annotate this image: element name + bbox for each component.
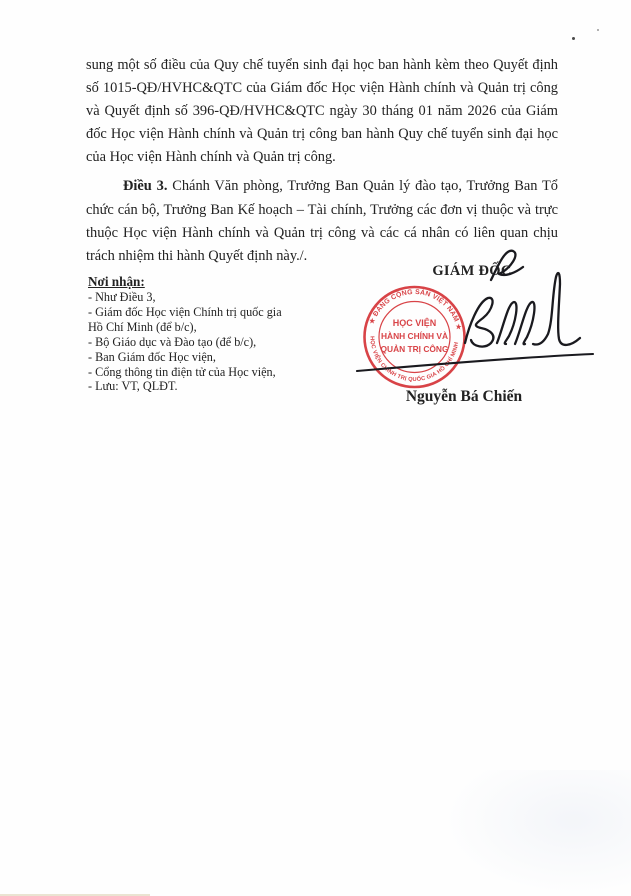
recipient-item: - Lưu: VT, QLĐT. (88, 379, 348, 394)
document-page: sung một số điều của Quy chế tuyển sinh … (0, 0, 631, 896)
recipients-block: Nơi nhận: - Như Điều 3, - Giám đốc Học v… (88, 274, 348, 394)
signature-tail (533, 273, 580, 345)
recipient-item: - Bộ Giáo dục và Đào tạo (để b/c), (88, 335, 348, 350)
scan-smudge (441, 770, 631, 896)
paragraph-continuation: sung một số điều của Quy chế tuyển sinh … (86, 54, 558, 169)
body-line: Điều 3. Chánh Văn phòng, Trưởng Ban Quản… (86, 175, 558, 198)
article-3-label: Điều 3. (123, 178, 167, 194)
signatory-name: Nguyễn Bá Chiến (398, 388, 530, 406)
scan-speck (597, 29, 599, 31)
article-3-text: Chánh Văn phòng, Trưởng Ban Quản lý đào … (167, 178, 558, 194)
signature-underline (357, 354, 593, 371)
signature-flourish (491, 251, 523, 280)
scan-speck (572, 37, 575, 40)
recipient-item: - Như Điều 3, (88, 290, 348, 305)
recipient-item: - Ban Giám đốc Học viện, (88, 350, 348, 365)
recipient-item: - Giám đốc Học viện Chính trị quốc gia (88, 305, 348, 320)
body-line: và Quyết định số 396-QĐ/HVHC&QTC ngày 30… (86, 100, 558, 123)
handwritten-signature-ink (345, 240, 610, 385)
recipients-title: Nơi nhận: (88, 274, 348, 290)
body-line: của Học viện Hành chính và Quản trị công… (86, 146, 558, 169)
document-body: sung một số điều của Quy chế tuyển sinh … (86, 54, 558, 268)
recipient-item: - Cổng thông tin điện tử của Học viện, (88, 365, 348, 380)
body-line: số 1015-QĐ/HVHC&QTC của Giám đốc Học việ… (86, 77, 558, 100)
signature-loop-2 (515, 302, 534, 344)
signature-loop-1 (497, 302, 516, 344)
recipient-item: Hồ Chí Minh (để b/c), (88, 320, 348, 335)
body-line: chức cán bộ, Trưởng Ban Kế hoạch – Tài c… (86, 199, 558, 222)
signature-initial (465, 298, 493, 347)
body-line: đốc Học viện Hành chính và Quản trị công… (86, 123, 558, 146)
body-line: sung một số điều của Quy chế tuyển sinh … (86, 54, 558, 77)
